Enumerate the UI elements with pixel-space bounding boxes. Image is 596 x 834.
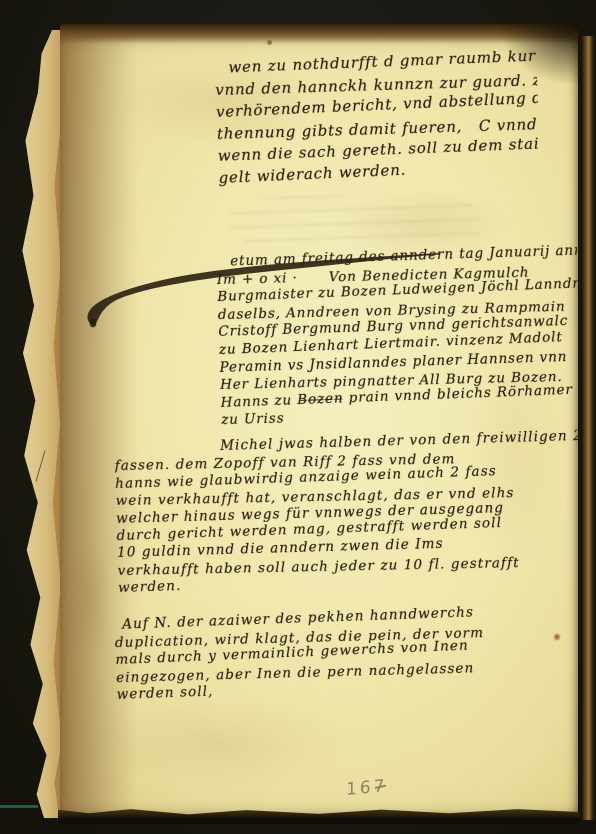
manuscript-block-top: wen zu nothdurfft d gmar raumb kurtzlich… xyxy=(214,45,541,189)
manuscript-photo: wen zu nothdurfft d gmar raumb kurtzlich… xyxy=(0,0,596,834)
manuscript-block-dated-entry: etum am freitag des anndern tag Januarij… xyxy=(216,243,582,430)
folio-number: 167 xyxy=(346,776,388,800)
right-page-sliver xyxy=(581,36,596,820)
manuscript-block-bakers: Auf N. der azaiwer des pekhen hanndwerch… xyxy=(114,602,555,705)
photo-artifact-line xyxy=(0,805,38,808)
manuscript-block-wine-fine: Michel jwas halben der von den freiwilli… xyxy=(114,428,582,598)
